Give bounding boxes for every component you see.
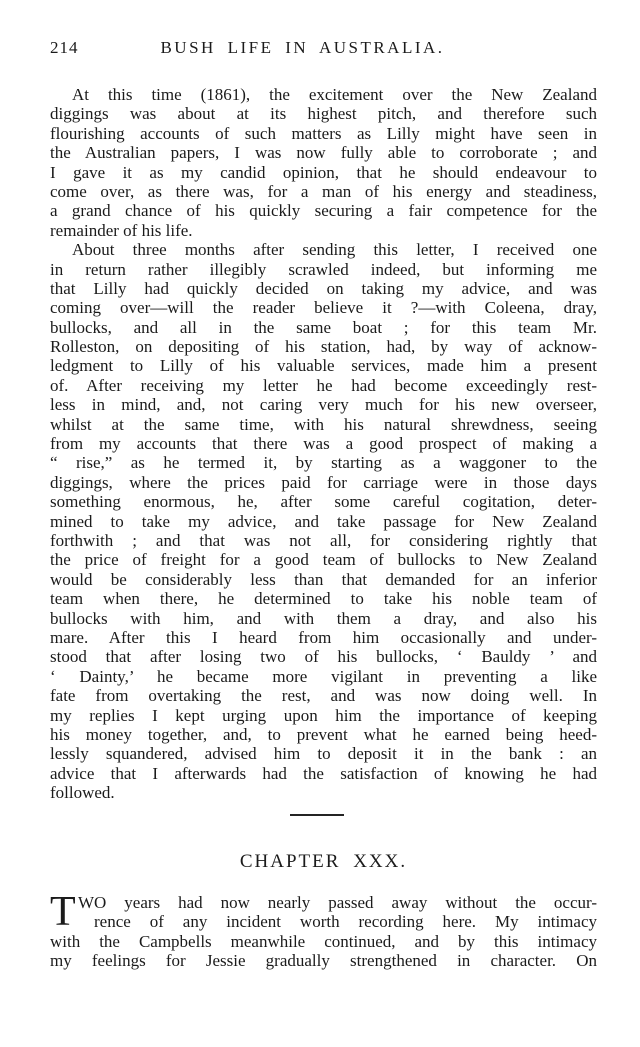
text-line: remainder of his life. [50, 221, 597, 240]
text-line: flourishing accounts of such matters as … [50, 124, 597, 143]
text-line: his money together, and, to prevent what… [50, 725, 597, 744]
text-line: whilst at the same time, with his natura… [50, 415, 597, 434]
text-line: mare. After this I heard from him occasi… [50, 628, 597, 647]
running-title: BUSH LIFE IN AUSTRALIA. [100, 38, 505, 58]
text-line: the price of freight for a good team of … [50, 550, 597, 569]
text-line: a grand chance of his quickly securing a… [50, 201, 597, 220]
text-line: ‘ Dainty,’ he became more vigilant in pr… [50, 667, 597, 686]
text-line: would be considerably less than that dem… [50, 570, 597, 589]
text-line: mined to take my advice, and take passag… [50, 512, 597, 531]
text-line: followed. [50, 783, 597, 802]
text-line: that Lilly had quickly decided on taking… [50, 279, 597, 298]
chapter-heading: CHAPTER XXX. [50, 851, 597, 873]
drop-cap: T [50, 893, 76, 931]
text-line: come over, as there was, for a man of hi… [50, 182, 597, 201]
text-line: Rolleston, on depositing of his station,… [50, 337, 597, 356]
chapter-paragraph: T WO years had now nearly passed away wi… [50, 893, 597, 971]
text-line: fate from overtaking the rest, and was n… [50, 686, 597, 705]
text-line: ledgment to Lilly of his valuable servic… [50, 356, 597, 375]
text-line: bullocks, and all in the same boat ; for… [50, 318, 597, 337]
text-line: my feelings for Jessie gradually strengt… [50, 951, 597, 970]
text-line: bullocks with him, and with them a dray,… [50, 609, 597, 628]
text-line: lessly squandered, advised him to deposi… [50, 744, 597, 763]
text-line: diggings was about at its highest pitch,… [50, 104, 597, 123]
text-line: my replies I kept urging upon him the im… [50, 706, 597, 725]
paragraph: About three months after sending this le… [50, 240, 597, 802]
text-line: I gave it as my candid opinion, that he … [50, 163, 597, 182]
text-line: WO years had now nearly passed away with… [78, 893, 597, 912]
text-line: forthwith ; and that was not all, for co… [50, 531, 597, 550]
text-line: of. After receiving my letter he had bec… [50, 376, 597, 395]
text-line: the Australian papers, I was now fully a… [50, 143, 597, 162]
text-line: advice that I afterwards had the satisfa… [50, 764, 597, 783]
text-line: in return rather illegibly scrawled inde… [50, 260, 597, 279]
text-line: “ rise,” as he termed it, by starting as… [50, 453, 597, 472]
page-number: 214 [50, 38, 100, 58]
text-line: with the Campbells meanwhile continued, … [50, 932, 597, 951]
book-page: 214 BUSH LIFE IN AUSTRALIA. At this time… [0, 0, 640, 1047]
body-text: At this time (1861), the excitement over… [50, 85, 597, 802]
section-divider [290, 814, 344, 816]
text-line: About three months after sending this le… [50, 240, 597, 259]
text-line: At this time (1861), the excitement over… [50, 85, 597, 104]
text-line: rence of any incident worth recording he… [78, 912, 597, 931]
text-line: coming over—will the reader believe it ?… [50, 298, 597, 317]
page-header: 214 BUSH LIFE IN AUSTRALIA. [50, 38, 597, 58]
text-line: stood that after losing two of his bullo… [50, 647, 597, 666]
text-line: less in mind, and, not caring very much … [50, 395, 597, 414]
text-line: diggings, where the prices paid for carr… [50, 473, 597, 492]
text-line: something enormous, he, after some caref… [50, 492, 597, 511]
paragraph: At this time (1861), the excitement over… [50, 85, 597, 240]
text-line: team when there, he determined to take h… [50, 589, 597, 608]
text-line: from my accounts that there was a good p… [50, 434, 597, 453]
